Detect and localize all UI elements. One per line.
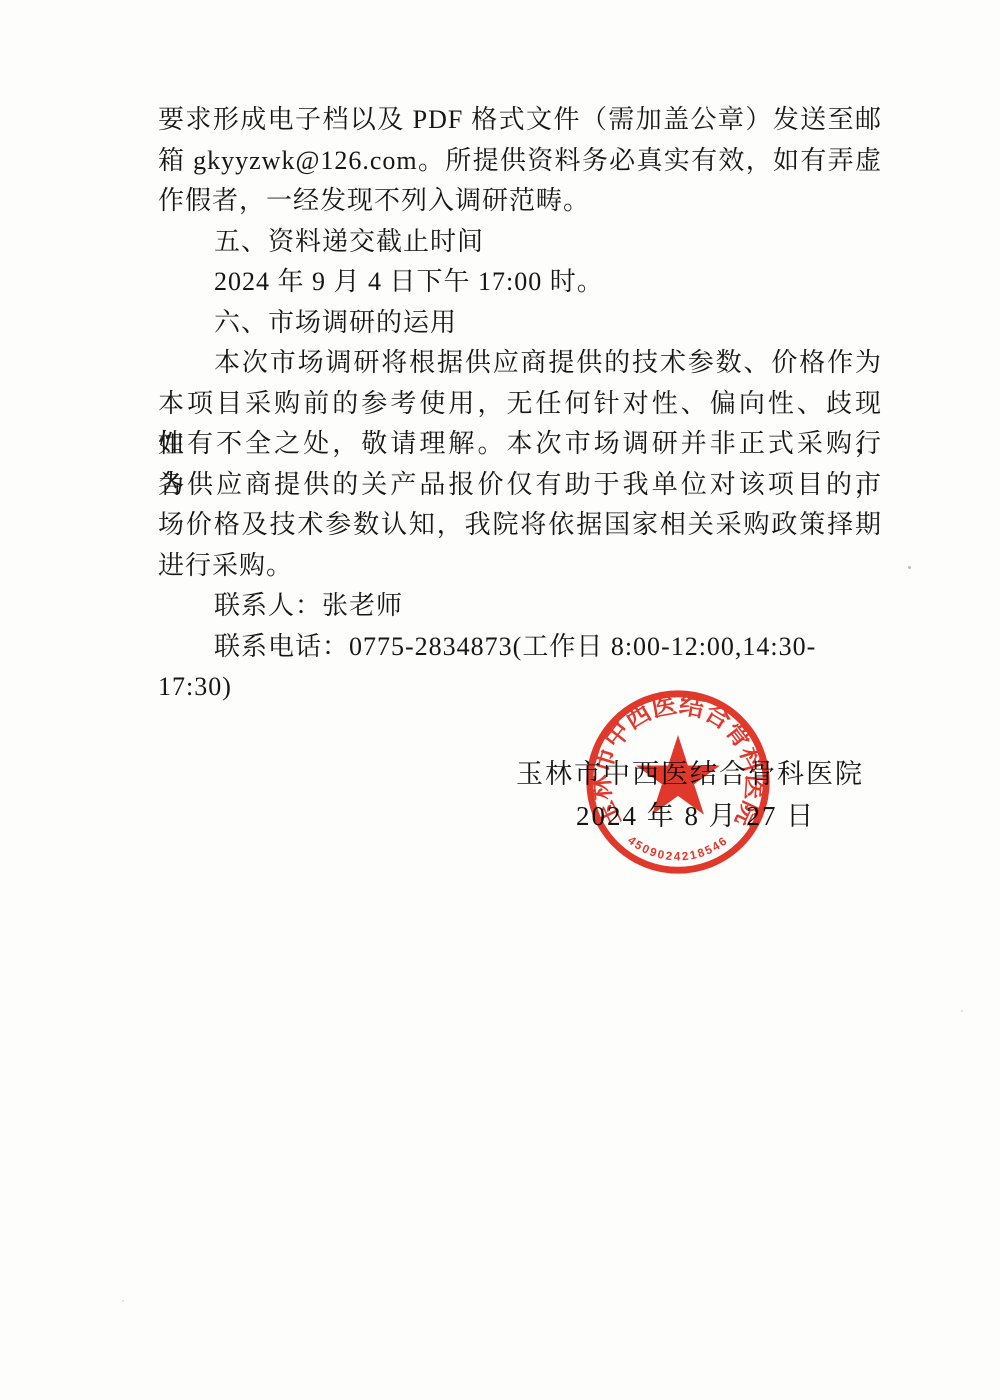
text-line: 2024 年 9 月 4 日下午 17:00 时。 [158,262,882,303]
text-line: 作假者，一经发现不列入调研范畴。 [158,181,882,222]
text-line: 如有不全之处，敬请理解。本次市场调研并非正式采购行为， [158,424,882,465]
text-line: 各供应商提供的关产品报价仅有助于我单位对该项目的市 [158,465,882,506]
text-line: 进行采购。 [158,546,882,587]
section-heading: 五、资料递交截止时间 [158,222,882,263]
official-seal: 玉林市中西医结合骨科医院 4509024218546 [580,684,776,880]
contact-person-line: 联系人：张老师 [158,586,882,627]
seal-star-icon [636,735,720,815]
scan-speck [908,566,911,569]
section-heading: 六、市场调研的运用 [158,303,882,344]
contact-phone-line: 联系电话：0775-2834873(工作日 8:00-12:00,14:30-1… [158,627,882,668]
text-line: 箱 gkyyzwk@126.com。所提供资料务必真实有效，如有弄虚 [158,141,882,182]
text-line: 本项目采购前的参考使用，无任何针对性、偏向性、歧现性， [158,384,882,425]
document-page: 要求形成电子档以及 PDF 格式文件（需加盖公章）发送至邮 箱 gkyyzwk@… [0,0,1000,1400]
text-block: 要求形成电子档以及 PDF 格式文件（需加盖公章）发送至邮 箱 gkyyzwk@… [158,100,882,667]
text-line: 本次市场调研将根据供应商提供的技术参数、价格作为 [158,343,882,384]
scan-speck [122,1300,124,1302]
scan-speck [961,1010,963,1012]
text-line: 场价格及技术参数认知，我院将依据国家相关采购政策择期 [158,505,882,546]
text-line: 要求形成电子档以及 PDF 格式文件（需加盖公章）发送至邮 [158,100,882,141]
